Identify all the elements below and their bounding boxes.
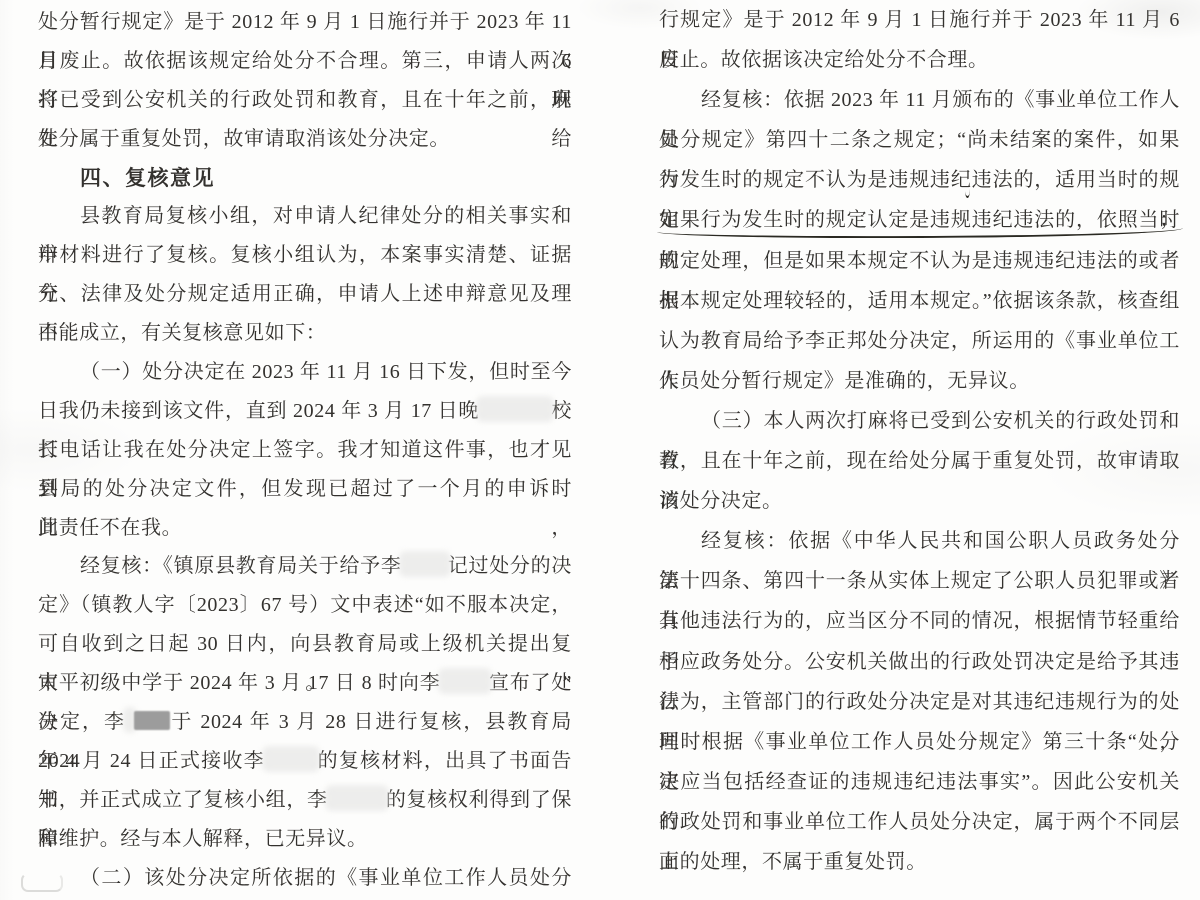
- text-line: （一）处分决定在 2023 年 11 月 16 日下发，但时至今: [38, 353, 572, 392]
- text-line: 处分暂行规定》是于 2012 年 9 月 1 日施行并于 2023 年 11 月…: [38, 3, 572, 42]
- text-line: 同时根据《事业单位工作人员处分规定》第三十条“处分决: [659, 722, 1180, 762]
- text-line: 行为，主管部门的行政处分决定是对其违纪违规行为的处理，: [659, 682, 1180, 722]
- redaction-blur: [328, 788, 386, 808]
- text-line: 和维护。经与本人解释，已无异议。: [38, 820, 572, 859]
- text-line: 人员处分暂行规定》是准确的，无异议。: [659, 361, 1180, 401]
- text-line: 经复核：依据 2023 年 11 月颁布的《事业单位工作人员: [659, 80, 1180, 120]
- text-line: 第十四条、第四十一条从实体上规定了公职人员犯罪或者有: [659, 561, 1180, 601]
- text-line: 日我仍未接到该文件，直到 2024 年 3 月 17 日晚校长: [38, 392, 572, 431]
- text-segment: 日我仍未接到该文件，直到 2024 年 3 月 17 日晚: [38, 400, 479, 422]
- text-line: 为发生时的规定不认为是违规违纪违法的，适用当时的规定；: [659, 160, 1180, 200]
- redaction-blur: [479, 399, 551, 419]
- right-page: 行规定》是于 2012 年 9 月 1 日施行并于 2023 年 11 月 6 …: [659, 0, 1180, 882]
- text-line: 认为教育局给予李正邦处分决定，所运用的《事业单位工作: [659, 321, 1180, 361]
- text-line: 书，并正式成立了复核小组，李的复核权利得到了保障: [38, 781, 572, 820]
- text-line: 打电话让我在处分决定上签字。我才知道这件事，也才见到: [38, 431, 572, 470]
- scan-artifact: [21, 873, 63, 892]
- text-line: 其他违法行为的，应当区分不同的情况，根据情节轻重给予: [659, 601, 1180, 641]
- text-line: 相应政务处分。公安机关做出的行政处罚决定是给予其违法: [659, 642, 1180, 682]
- redaction-blur: [402, 554, 448, 574]
- text-line: 据本规定处理较轻的，适用本规定。”依据该条款，核查组: [659, 281, 1180, 321]
- text-segment: 处分规定》第四十二条之规定；“: [659, 129, 967, 151]
- text-line: 经复核：《镇原县教育局关于给予李记过处分的决: [38, 547, 572, 586]
- text-line: 定》（镇教人字〔2023〕67 号）文中表述“如不服本决定，: [38, 586, 572, 625]
- text-line: 该处分决定。: [659, 481, 1180, 521]
- text-line: 不能成立，有关复核意见如下：: [38, 314, 572, 353]
- redaction-box: [134, 711, 170, 730]
- text-line: 废止。故依据该决定给处分不合理。: [659, 40, 1180, 80]
- redaction-blur: [126, 710, 134, 730]
- text-line: 育，且在十年之前，现在给处分属于重复处罚，故审请取消: [659, 441, 1180, 481]
- text-line: 可自收到之日起 30 日内，向县教育局或上级机关提出复审。”: [38, 625, 572, 664]
- text-line: 年 4 月 24 日正式接收李的复核材料，出具了书面告知: [38, 742, 572, 781]
- text-segment: 书，并正式成立了复核小组，李: [38, 789, 328, 811]
- text-line: 决定，李于 2024 年 3 月 28 日进行复核，县教育局 2024: [38, 703, 572, 742]
- text-segment: 经复核：《镇原县教育局关于给予李: [80, 555, 402, 577]
- text-line: 县教育局复核小组，对申请人纪律处分的相关事实和申: [38, 197, 572, 236]
- text-line: 处分规定》第四十二条之规定；“尚未结案的案件，如果行: [659, 120, 1180, 160]
- text-line: 县局的处分决定文件，但发现已超过了一个月的申诉时间，: [38, 470, 572, 509]
- redaction-blur: [441, 671, 489, 691]
- text-segment: 年 4 月 24 日正式接收李: [38, 750, 265, 772]
- text-line: 辩材料进行了复核。复核小组认为，本案事实清楚、证据充: [38, 236, 572, 275]
- text-line: 行规定》是于 2012 年 9 月 1 日施行并于 2023 年 11 月 6 …: [659, 0, 1180, 40]
- text-line: 行政处罚和事业单位工作人员处分决定，属于两个不同层面: [659, 802, 1180, 842]
- text-line: 规定处理，但是如果本规定不认为是违规违纪违法的或者根: [659, 241, 1180, 281]
- text-line: 经复核：依据《中华人民共和国公职人员政务处分法》: [659, 521, 1180, 561]
- text-line: 将已受到公安机关的行政处罚和教育，且在十年之前，现在给: [38, 81, 572, 120]
- text-line: （二）该处分决定所依据的《事业单位工作人员处分暂: [38, 859, 572, 898]
- text-line: 定应当包括经查证的违规违纪违法事实”。因此公安机关的: [659, 762, 1180, 802]
- text-line: 上的处理，不属于重复处罚。: [659, 842, 1180, 882]
- text-segment: 太平初级中学于 2024 年 3 月 17 日 8 时向李: [38, 672, 441, 694]
- text-line: 日废止。故依据该规定给处分不合理。第三，申请人两次打麻: [38, 42, 572, 81]
- text-line: （三）本人两次打麻将已受到公安机关的行政处罚和教: [659, 401, 1180, 441]
- section-heading: 四、复核意见: [38, 159, 572, 198]
- text-line: 分、法律及处分规定适用正确，申请人上述申辩意见及理由: [38, 275, 572, 314]
- text-segment: 记过处分的决: [448, 555, 572, 577]
- redaction-blur: [265, 749, 317, 769]
- text-line: 太平初级中学于 2024 年 3 月 17 日 8 时向李宣布了处分: [38, 664, 572, 703]
- left-page: 处分暂行规定》是于 2012 年 9 月 1 日施行并于 2023 年 11 月…: [38, 0, 572, 897]
- text-segment: 决定，李: [38, 711, 126, 733]
